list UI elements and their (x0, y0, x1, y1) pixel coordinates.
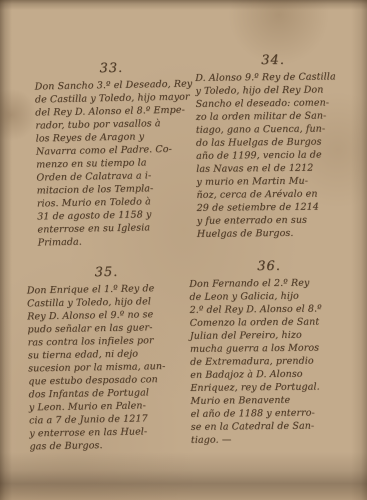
entry-text: Don Enrique el 1.º Rey deCastilla y Tole… (27, 282, 190, 454)
manuscript-line: tiago. — (191, 432, 351, 447)
manuscript-line: gas de Burgos. (29, 438, 189, 454)
manuscript-page: 33. Don Sancho 3.º el Deseado, Reyde Cas… (0, 0, 367, 500)
entry-35: 35. Don Enrique el 1.º Rey deCastilla y … (26, 265, 189, 454)
entry-33: 33. Don Sancho 3.º el Deseado, Reyde Cas… (34, 61, 192, 250)
manuscript-line: Sancho el deseado: comen- (195, 96, 351, 111)
manuscript-line: Primada. (38, 234, 192, 250)
entry-number: 34. (195, 53, 351, 69)
entry-number: 36. (189, 259, 349, 275)
entry-number: 33. (34, 61, 188, 78)
entry-34: 34. D. Alonso 9.º Rey de Castillay Toled… (195, 53, 353, 241)
entry-number: 35. (26, 265, 186, 282)
entry-text: Don Sancho 3.º el Deseado, Reyde Castill… (35, 78, 192, 250)
manuscript-line: D. Alonso 9.º Rey de Castilla (195, 70, 351, 85)
manuscript-line: Huelgas de Burgos. (197, 226, 353, 241)
page-curl-shadow (0, 452, 367, 500)
entry-36: 36. Don Fernando el 2.º Reyde Leon y Gal… (189, 259, 351, 447)
entry-text: Don Fernando el 2.º Reyde Leon y Galicia… (189, 276, 351, 447)
entry-text: D. Alonso 9.º Rey de Castillay Toledo, h… (195, 70, 353, 241)
